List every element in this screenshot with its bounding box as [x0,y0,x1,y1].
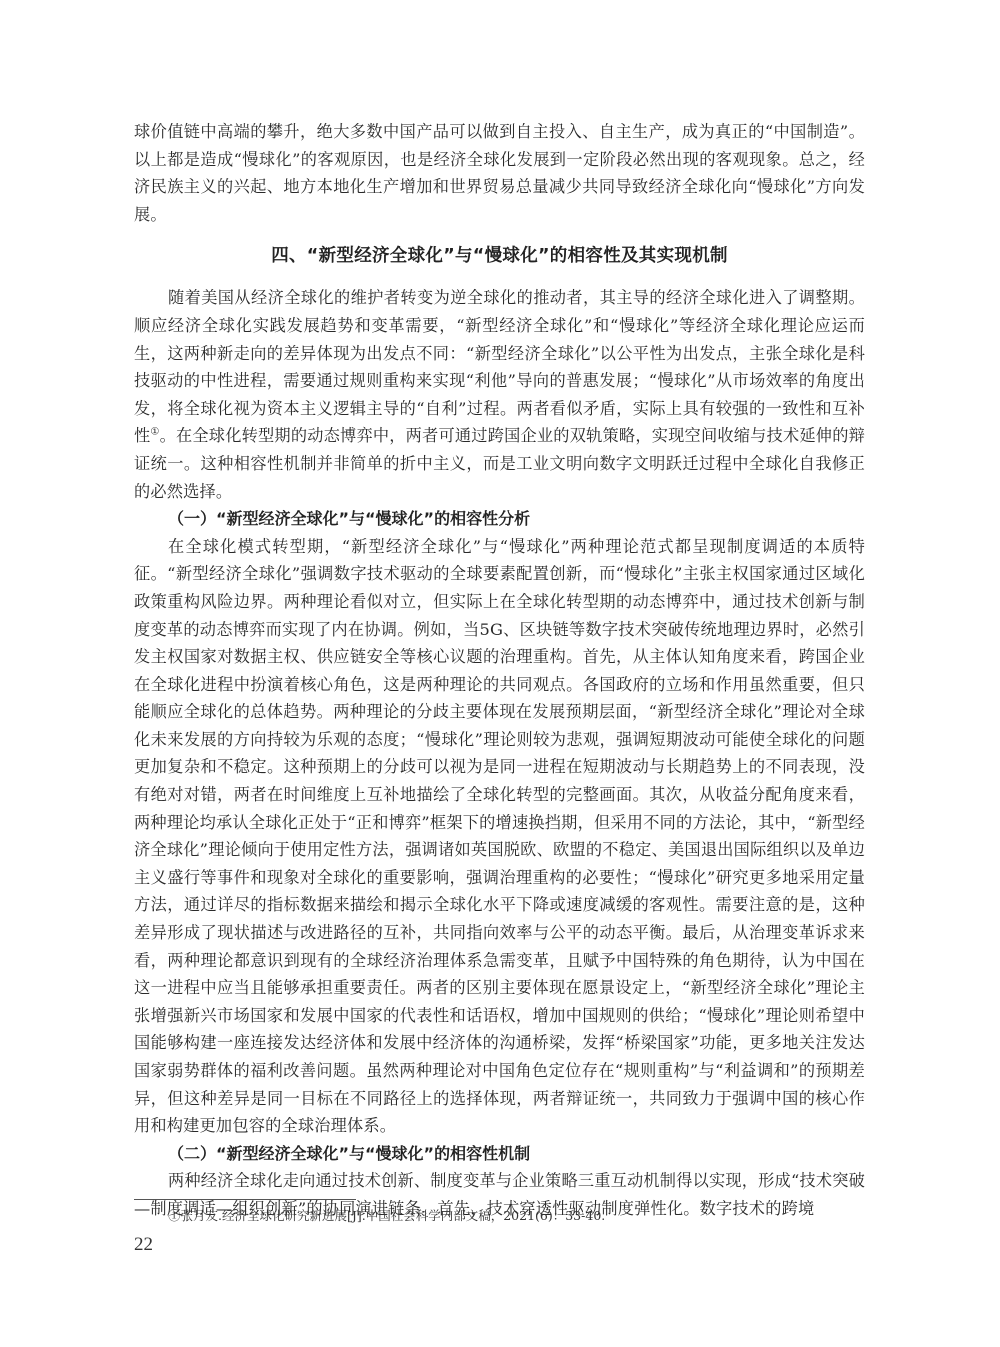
page-number: 22 [134,1234,153,1256]
paragraph-intro: 随着美国从经济全球化的维护者转变为逆全球化的推动者，其主导的经济全球化进入了调整… [134,284,865,505]
article-body: 球价值链中高端的攀升，绝大多数中国产品可以做到自主投入、自主生产，成为真正的“中… [134,118,865,1223]
paragraph-intro-text-b: 。在全球化转型期的动态博弈中，两者可通过跨国企业的双轨策略，实现空间收缩与技术延… [134,426,865,500]
paragraph-compatibility-analysis: 在全球化模式转型期，“新型经济全球化”与“慢球化”两种理论范式都呈现制度调适的本… [134,533,865,1140]
section-title: 四、“新型经济全球化”与“慢球化”的相容性及其实现机制 [134,228,865,284]
paragraph-intro-text-a: 随着美国从经济全球化的维护者转变为逆全球化的推动者，其主导的经济全球化进入了调整… [134,288,865,445]
subsection-title-1: （一）“新型经济全球化”与“慢球化”的相容性分析 [134,505,865,533]
subsection-title-2: （二）“新型经济全球化”与“慢球化”的相容性机制 [134,1140,865,1168]
footnote-reference[interactable]: ① [150,427,159,438]
footnote-divider [134,1199,356,1200]
footnote: ①张月友.经济全球化研究新进展[J].中国社会科学内部文稿，2021(6)：33… [168,1206,605,1226]
paragraph-continued: 球价值链中高端的攀升，绝大多数中国产品可以做到自主投入、自主生产，成为真正的“中… [134,118,865,228]
